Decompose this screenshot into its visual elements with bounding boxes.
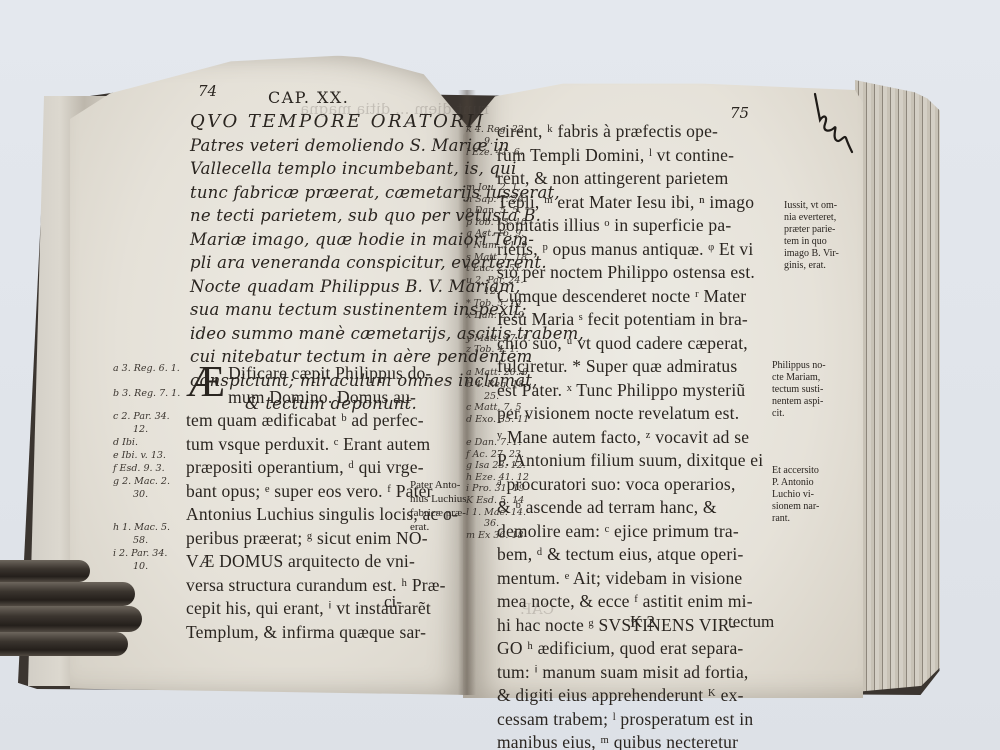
right-page-edges [855, 80, 940, 692]
text-line: rum Templi Domini, ˡ vt contine- [497, 144, 763, 168]
text-line: rent, & non attingerent parietem [497, 167, 763, 191]
margin-note: * Tob. 5. 10 [466, 298, 531, 310]
page-weight-clip [0, 560, 145, 660]
margin-note: r Num. 11. 9 [466, 240, 531, 252]
text-line: mum Domino. Domus au- [186, 386, 458, 410]
margin-note: e Dan. 7. 1. [466, 437, 531, 449]
margin-note: 12. [466, 286, 531, 298]
side-note-line: præter parie- [784, 224, 839, 236]
left-side-note: Pater Anto- nius Luchius fabricæ præ- er… [410, 478, 467, 534]
text-line: Templum, & infirma quæque sar- [186, 621, 458, 645]
left-margin-notes: a 3. Reg. 6. 1. b 3. Reg. 7. 1. c 2. Par… [113, 362, 180, 573]
side-note-line: P. Antonio [772, 477, 819, 489]
text-line: cirent, ᵏ fabris à præfectis ope- [497, 120, 763, 144]
margin-note: h Eze. 41. 12 [466, 472, 531, 484]
text-line: VÆ DOMUS arquitecto de vni- [186, 550, 458, 574]
text-line: & digiti eius apprehenderunt ᴷ ex- [497, 684, 763, 708]
side-note-line: Philippus no- [772, 360, 826, 372]
margin-note: 12. [113, 423, 180, 436]
margin-note [466, 425, 531, 437]
text-line: mentum. ᵉ Ait; videbam in visione [497, 567, 763, 591]
side-note-line: nia everteret, [784, 212, 839, 224]
margin-note: g Isa 23. 12. [466, 460, 531, 472]
margin-note: x Dan. 2. 19. [466, 310, 531, 322]
margin-note: y Matt. 27. 1. [466, 333, 531, 345]
margin-note: 58. [113, 534, 180, 547]
text-line: GO ʰ ædificium, quod erat separa- [497, 637, 763, 661]
right-side-note-3: Et accersito P. Antonio Luchio vi- sione… [772, 465, 819, 525]
chapter-title: CAP. XX. [268, 88, 349, 107]
text-line: Iesu Maria ˢ fecit potentiam in bra- [497, 308, 763, 332]
margin-note: o Dan. 5. 5. [466, 205, 531, 217]
margin-note [466, 356, 531, 368]
margin-note [466, 170, 531, 182]
text-line: & ᵇ ascende ad terram hanc, & [497, 496, 763, 520]
margin-note: i Pro. 31. 19 [466, 483, 531, 495]
margin-note: d Ibi. [113, 436, 180, 449]
margin-note: f Esd. 9. 3. [113, 462, 180, 475]
text-line: sio per noctem Philippo ostensa est. [497, 261, 763, 285]
text-line: tem quam ædificabat ᵇ ad perfec- [186, 409, 458, 433]
text-line: rietis, ᵖ opus manus antiquæ. ᵠ Et vi [497, 238, 763, 262]
margin-note: c Matt. 7. 5 [466, 402, 531, 414]
text-line: bonitatis illius ᵒ in superficie pa- [497, 214, 763, 238]
right-catchword: tectum [728, 612, 774, 632]
side-note-line: rant. [772, 513, 819, 525]
side-note-line: nentem aspi- [772, 396, 826, 408]
text-line: tum: ⁱ manum suam misit ad fortia, [497, 661, 763, 685]
margin-note: a 3. Reg. 6. 1. [113, 362, 180, 375]
text-line: Tẽpli, ᵐ erat Mater Iesu ibi, ⁿ imago [497, 191, 763, 215]
margin-note: p Iob. 13. 10 [466, 217, 531, 229]
margin-note: b 3. Reg. 7. 1. [113, 387, 180, 400]
side-note-line: sionem nar- [772, 501, 819, 513]
side-note-line: erat. [410, 520, 467, 534]
text-line: versa structura curandum est. ʰ Præ- [186, 574, 458, 598]
text-line: ʸ Mane autem facto, ᶻ vocavit ad se [497, 426, 763, 450]
right-margin-notes: k 4. Reg. 22. 9. l Eze. 41. 6. m Iou. 2.… [466, 124, 531, 541]
text-line: tum vsque perduxit. ᶜ Erant autem [186, 433, 458, 457]
drop-cap: Æ [186, 362, 225, 402]
margin-note: k 4. Reg. 22. [466, 124, 531, 136]
right-side-note-2: Philippus no- cte Mariam, tectum susti- … [772, 360, 826, 420]
text-line: fulciretur. * Super quæ admiratus [497, 355, 763, 379]
left-catchword: ci- [384, 592, 402, 612]
text-line: cessam trabem; ˡ prosperatum est in [497, 708, 763, 732]
margin-note: c 2. Par. 34. [113, 410, 180, 423]
text-line: ᵃ procuratori suo: voca operarios, [497, 473, 763, 497]
text-line: mea nocte, & ecce ᶠ astitit enim mi- [497, 590, 763, 614]
clip-ring [0, 606, 142, 632]
margin-note: h 1. Mac. 5. [113, 521, 180, 534]
margin-note: q Act. 16. 9. [466, 228, 531, 240]
text-line: per visionem nocte revelatum est. [497, 402, 763, 426]
margin-note: 9. [466, 136, 531, 148]
margin-note: b 4. Reg. 18. [466, 379, 531, 391]
text-line: P. Antonium filium suum, dixitque ei [497, 449, 763, 473]
margin-note: d Exo. 35. 11 [466, 414, 531, 426]
text-line: Dificare cæpit Philippus do- [186, 362, 458, 386]
margin-note: a Matt. 20. 8 [466, 367, 531, 379]
book-photo: runt diem ... ditia magna CAP. 74 CAP. X… [0, 0, 1000, 750]
margin-note [466, 159, 531, 171]
side-note-line: tectum susti- [772, 384, 826, 396]
margin-note: l 1. Mac. 14. [466, 507, 531, 519]
side-note-line: ginis, erat. [784, 260, 839, 272]
right-side-note-1: Iussit, vt om- nia everteret, præter par… [784, 200, 839, 272]
margin-note: g 2. Mac. 2. [113, 475, 180, 488]
side-note-line: Pater Anto- [410, 478, 467, 492]
margin-note: z Tob. 4. 1. [466, 344, 531, 356]
margin-note: m Iou. 2. 1. [466, 182, 531, 194]
margin-note: f Ac. 27. 23. [466, 449, 531, 461]
margin-note: 25. [466, 391, 531, 403]
margin-note: n Sap. 7. 26. [466, 194, 531, 206]
text-line: demolire eam: ᶜ ejice primum tra- [497, 520, 763, 544]
text-line: chio suo, ᵘ vt quod cadere cæperat, [497, 332, 763, 356]
margin-note: s Matt. 1. 18 [466, 252, 531, 264]
signature-mark: K 2 [630, 612, 655, 632]
text-line: manibus eius, ᵐ quibus necteretur [497, 731, 763, 750]
margin-note: m Ex 36. 18 [466, 530, 531, 542]
side-note-line: cte Mariam, [772, 372, 826, 384]
clip-ring [0, 632, 128, 656]
text-line: bem, ᵈ & tectum eius, atque operi- [497, 543, 763, 567]
right-text-block: cirent, ᵏ fabris à præfectis ope- rum Te… [497, 120, 763, 750]
left-page-number: 74 [198, 82, 217, 100]
clip-ring [0, 582, 135, 606]
side-note-line: nius Luchius [410, 492, 467, 506]
side-note-line: tem in quo [784, 236, 839, 248]
text-line: præpositi operantium, ᵈ qui vrge- [186, 456, 458, 480]
side-note-line: Iussit, vt om- [784, 200, 839, 212]
side-note-line: Et accersito [772, 465, 819, 477]
margin-note: i 2. Par. 34. [113, 547, 180, 560]
margin-note: K Esd. 5. 14 [466, 495, 531, 507]
margin-note: u 2. Par. 24. [466, 275, 531, 287]
clip-ring [0, 560, 90, 582]
margin-note [466, 321, 531, 333]
side-note-line: imago B. Vir- [784, 248, 839, 260]
margin-note: 36. [466, 518, 531, 530]
side-note-line: cit. [772, 408, 826, 420]
text-line: Cumque descenderet nocte ʳ Mater [497, 285, 763, 309]
side-note-line: Luchio vi- [772, 489, 819, 501]
handwritten-mark-icon [810, 92, 860, 162]
text-line: est Pater. ˣ Tunc Philippo mysteriũ [497, 379, 763, 403]
margin-note: 30. [113, 488, 180, 501]
side-note-line: fabricæ præ- [410, 506, 467, 520]
margin-note: t Luc. 2. 51. [466, 263, 531, 275]
margin-note: e Ibi. v. 13. [113, 449, 180, 462]
margin-note: l Eze. 41. 6. [466, 147, 531, 159]
text-line: cepit his, qui erant, ⁱ vt instaurarẽt [186, 597, 458, 621]
